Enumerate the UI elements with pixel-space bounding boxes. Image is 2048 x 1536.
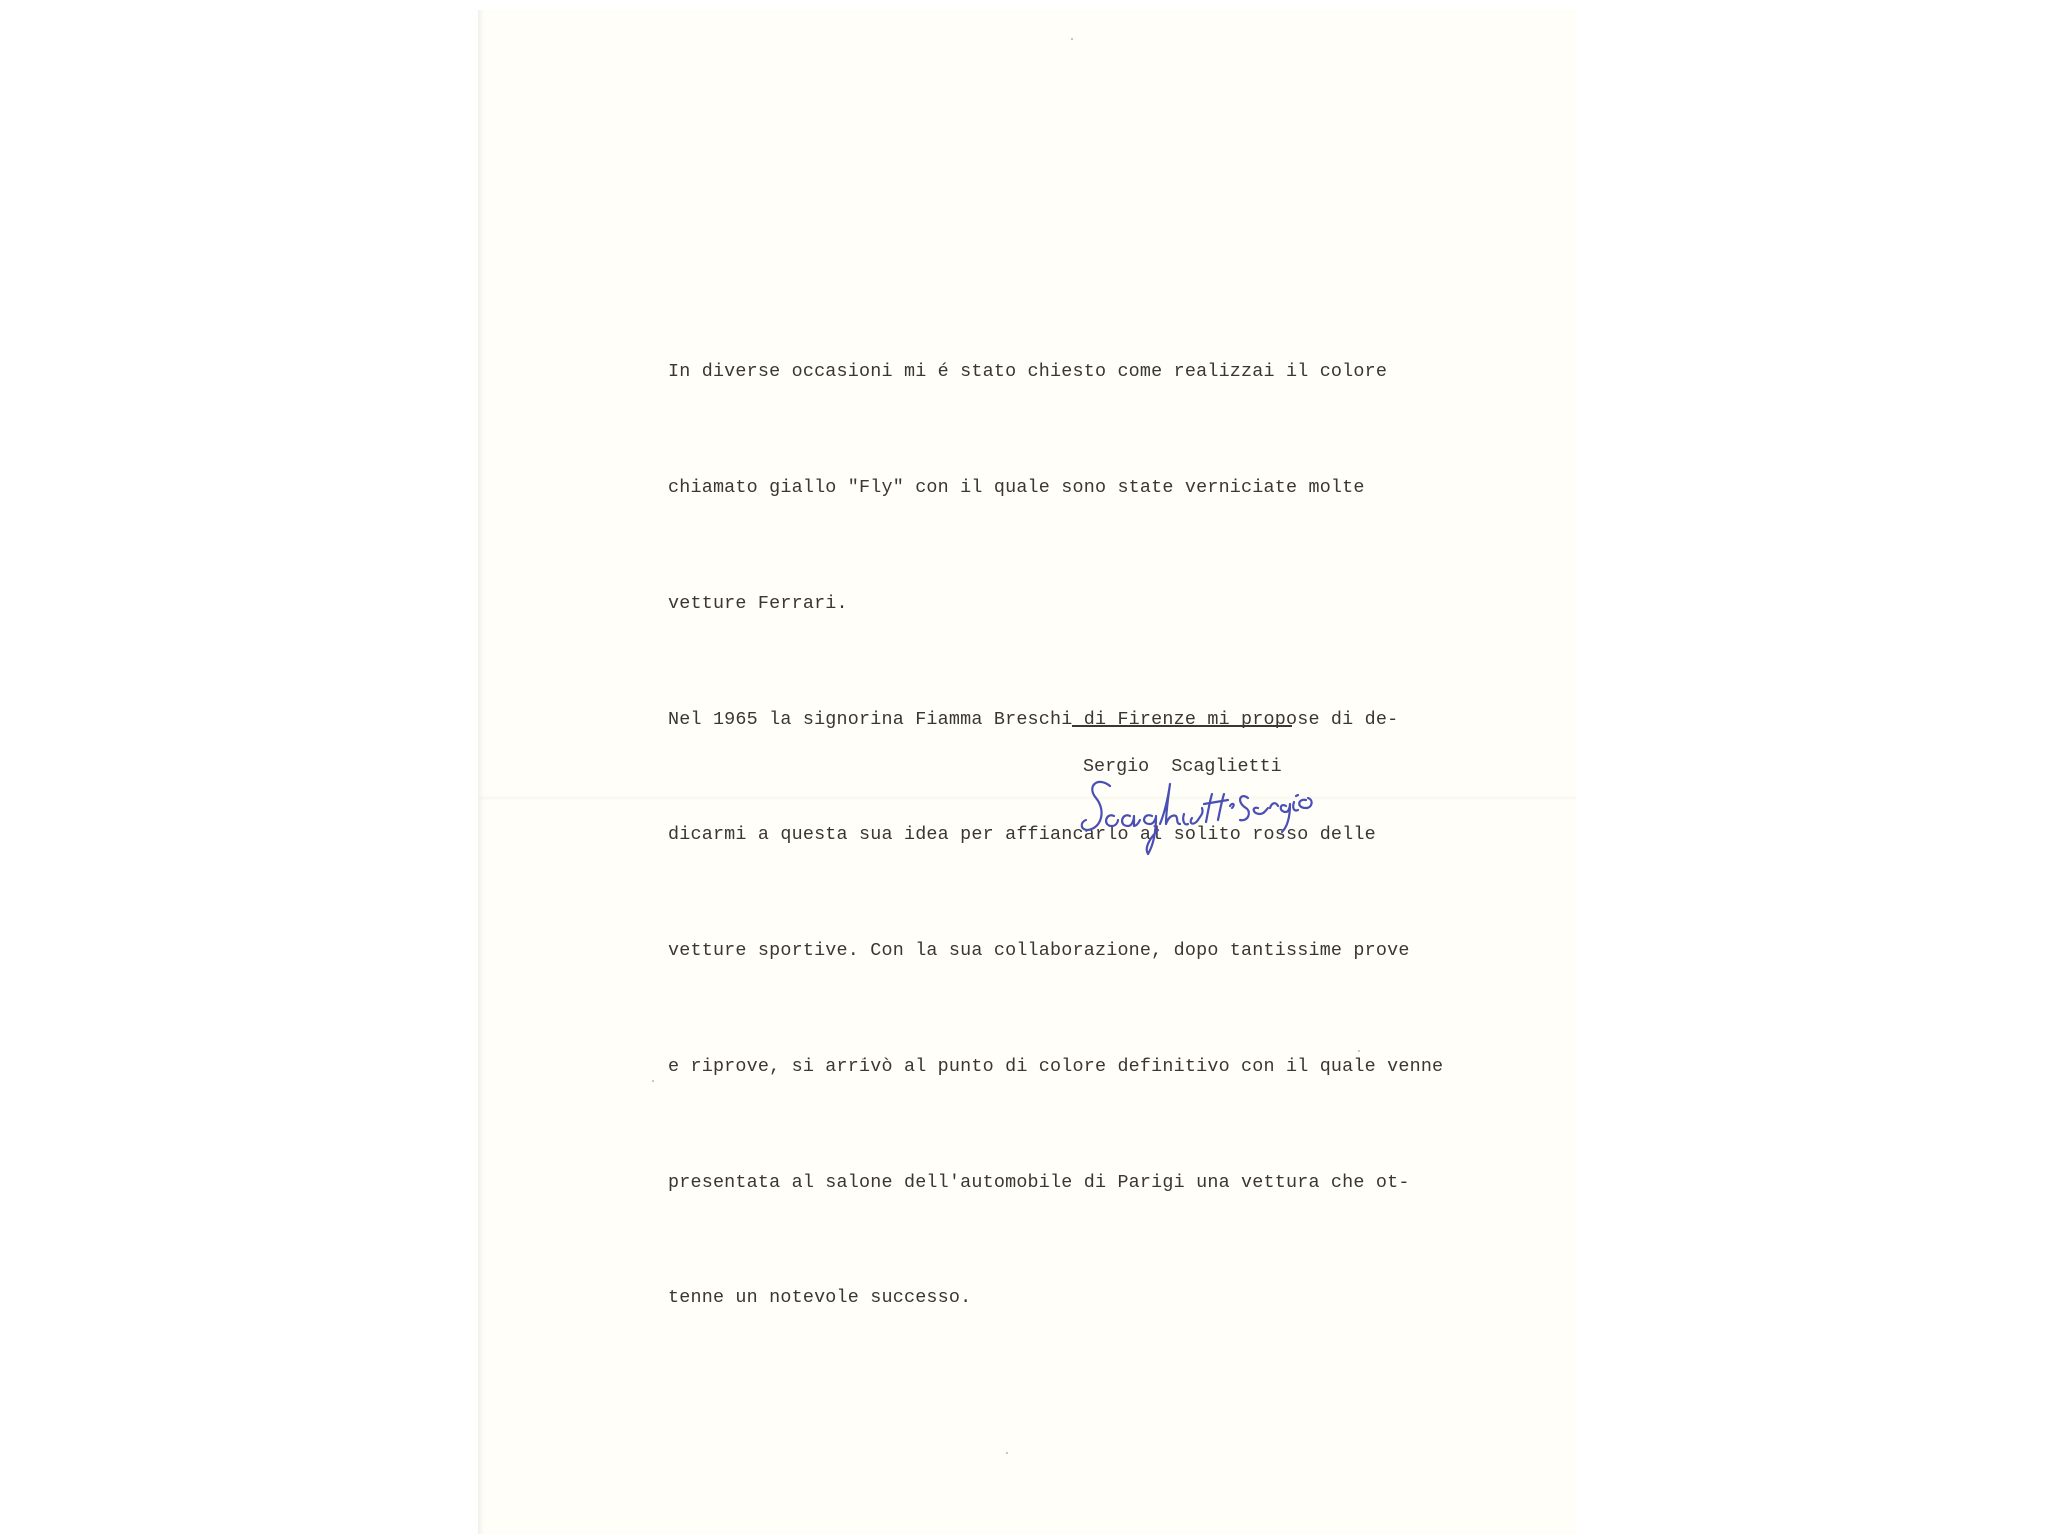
paper-speck bbox=[1006, 1452, 1008, 1454]
body-line: vetture Ferrari. bbox=[668, 585, 1443, 624]
paper-speck bbox=[1071, 38, 1073, 40]
paper-speck bbox=[652, 1080, 654, 1082]
signature-line bbox=[1072, 725, 1292, 727]
body-line: In diverse occasioni mi é stato chiesto … bbox=[668, 353, 1443, 392]
body-line: e riprove, si arrivò al punto di colore … bbox=[668, 1048, 1443, 1087]
body-line: presentata al salone dell'automobile di … bbox=[668, 1164, 1443, 1203]
body-line: Nel 1965 la signorina Fiamma Breschi di … bbox=[668, 701, 1443, 740]
body-line: tenne un notevole successo. bbox=[668, 1279, 1443, 1318]
handwritten-signature bbox=[1080, 768, 1340, 858]
body-line: vetture sportive. Con la sua collaborazi… bbox=[668, 932, 1443, 971]
body-line: chiamato giallo "Fly" con il quale sono … bbox=[668, 469, 1443, 508]
